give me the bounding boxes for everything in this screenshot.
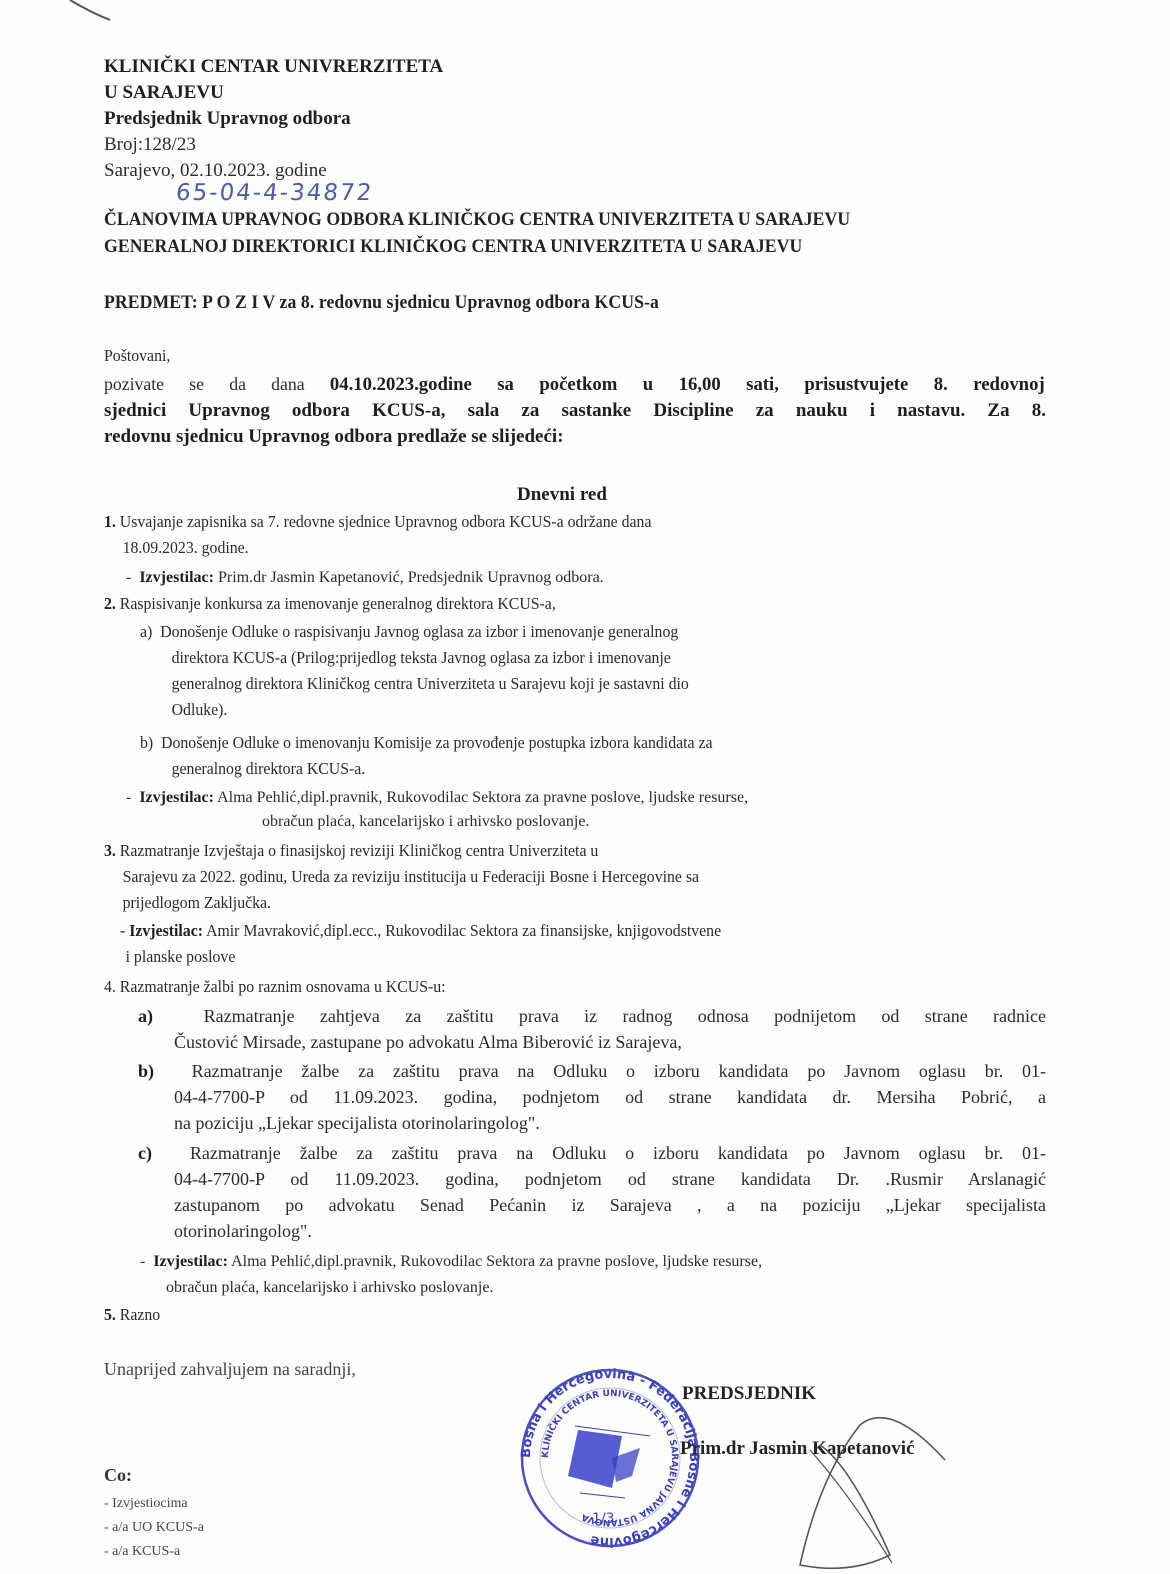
signature-title: PREDSJEDNIK <box>682 1383 816 1405</box>
invitation-lead: pozivate se da dana <box>104 374 330 394</box>
cc-item: - Izvjestiocima <box>104 1492 204 1516</box>
agenda-item-4a: a) Razmatranje zahtjeva za zaštitu prava… <box>138 1003 1046 1055</box>
agenda-item-2a: a) Donošenje Odluke o raspisivanju Javno… <box>140 619 689 723</box>
agenda-item-text: Usvajanje zapisnika sa 7. redovne sjedni… <box>120 512 652 531</box>
sub-item-letter: b) <box>138 1061 154 1081</box>
invitation-line-3: redovnu sjednicu Upravnog odbora predlaž… <box>104 424 1046 450</box>
sub-item-text: zastupanom po advokatu Senad Pećanin iz … <box>138 1192 1046 1218</box>
pen-mark <box>0 0 120 25</box>
reporter-label: Izvjestilac: <box>139 569 214 586</box>
agenda-item-number: 4. <box>104 977 116 996</box>
reporter-text: Prim.dr Jasmin Kapetanović, Predsjednik … <box>218 569 604 586</box>
agenda-item-3: 3. Razmatranje Izvještaja o finasijskoj … <box>104 838 699 916</box>
cc-item: - a/a KCUS-a <box>104 1540 204 1564</box>
cc-label: Co: <box>104 1465 132 1486</box>
sub-item-text: Čustović Mirsade, zastupane po advokatu … <box>138 1029 1046 1055</box>
cc-item: - a/a UO KCUS-a <box>104 1516 204 1540</box>
sub-item-text: generalnog direktora Kliničkog centra Un… <box>140 671 689 697</box>
sub-item-text: Razmatranje žalbe za zaštitu prava na Od… <box>190 1143 1046 1163</box>
agenda-item-1-reporter: - Izvjestilac: Prim.dr Jasmin Kapetanovi… <box>126 565 604 591</box>
org-name-line1: KLINIČKI CENTAR UNIVRERZITETA <box>104 54 443 80</box>
reporter-text: obračun plaća, kancelarijsko i arhivsko … <box>126 810 748 834</box>
document-page: KLINIČKI CENTAR UNIVRERZITETA U SARAJEVU… <box>0 0 1170 1574</box>
sub-item-letter: c) <box>138 1143 152 1163</box>
reporter-text: obračun plaća, kancelarijsko i arhivsko … <box>140 1275 762 1301</box>
subject-line: PREDMET: P O Z I V za 8. redovnu sjednic… <box>104 292 659 314</box>
sub-item-text: Donošenje Odluke o raspisivanju Javnog o… <box>160 622 678 641</box>
reporter-text: i planske poslove <box>120 944 721 970</box>
handwritten-registration-number: 65-04-4-34872 <box>175 180 375 206</box>
agenda-item-number: 1. <box>104 512 116 531</box>
agenda-item-text: Razmatranje Izvještaja o finasijskoj rev… <box>120 841 599 860</box>
invitation-date-time: 04.10.2023.godine sa početkom u 16,00 sa… <box>330 374 1045 395</box>
agenda-item-4b: b) Razmatranje žalbe za zaštitu prava na… <box>138 1058 1046 1136</box>
svg-text:1/3: 1/3 <box>592 1511 615 1527</box>
agenda-item-4-reporter: - Izvjestilac: Alma Pehlić,dipl.pravnik,… <box>140 1249 762 1301</box>
agenda-item-1: 1. Usvajanje zapisnika sa 7. redovne sje… <box>104 509 651 561</box>
agenda-item-2-reporter: - Izvjestilac: Alma Pehlić,dipl.pravnik,… <box>126 786 748 834</box>
agenda-item-text: Sarajevu za 2022. godinu, Ureda za reviz… <box>104 864 699 890</box>
reporter-label: Izvjestilac: <box>129 921 203 940</box>
reporter-text: Alma Pehlić,dipl.pravnik, Rukovodilac Se… <box>231 1253 762 1270</box>
agenda-item-text: prijedlogom Zaključka. <box>104 890 699 916</box>
sub-item-text: otorinolaringolog". <box>138 1218 1046 1244</box>
agenda-item-text: 18.09.2023. godine. <box>104 535 651 561</box>
invitation-line-2: sjednici Upravnog odbora KCUS-a, sala za… <box>104 398 1046 424</box>
agenda-item-5: 5. Razno <box>104 1302 160 1328</box>
recipient-line-1: ČLANOVIMA UPRAVNOG ODBORA KLINIČKOG CENT… <box>104 209 850 231</box>
sub-item-text: Razmatranje žalbe za zaštitu prava na Od… <box>192 1061 1046 1081</box>
agenda-item-text: Raspisivanje konkursa za imenovanje gene… <box>120 594 556 613</box>
sub-item-letter: a) <box>138 1006 153 1026</box>
reporter-label: Izvjestilac: <box>153 1253 228 1270</box>
handwritten-signature <box>780 1405 960 1574</box>
sub-item-text: direktora KCUS-a (Prilog:prijedlog tekst… <box>140 645 689 671</box>
agenda-item-number: 3. <box>104 841 116 860</box>
sub-item-letter: b) <box>140 733 153 752</box>
agenda-title: Dnevni red <box>517 482 607 508</box>
reporter-text: Amir Mavraković,dipl.ecc., Rukovodilac S… <box>206 921 721 940</box>
org-name-line3: Predsjednik Upravnog odbora <box>104 106 443 132</box>
reporter-text: Alma Pehlić,dipl.pravnik, Rukovodilac Se… <box>217 789 748 806</box>
reporter-label: Izvjestilac: <box>139 789 214 806</box>
agenda-item-3-reporter: - Izvjestilac: Amir Mavraković,dipl.ecc.… <box>120 918 721 970</box>
greeting: Poštovani, <box>104 343 170 369</box>
sub-item-text: na poziciju „Ljekar specijalista otorino… <box>138 1110 1046 1136</box>
sub-item-text: Razmatranje zahtjeva za zaštitu prava iz… <box>204 1006 1046 1026</box>
closing-line: Unaprijed zahvaljujem na saradnji, <box>104 1356 356 1382</box>
recipient-line-2: GENERALNOJ DIREKTORICI KLINIČKOG CENTRA … <box>104 236 802 258</box>
agenda-item-text: Razmatranje žalbi po raznim osnovama u K… <box>120 977 446 996</box>
sub-item-text: generalnog direktora KCUS-a. <box>140 756 713 782</box>
sub-item-text: Odluke). <box>140 697 689 723</box>
cc-list: - Izvjestiocima - a/a UO KCUS-a - a/a KC… <box>104 1492 204 1564</box>
agenda-item-number: 5. <box>104 1305 116 1324</box>
org-name-line2: U SARAJEVU <box>104 80 443 106</box>
invitation-paragraph: pozivate se da dana 04.10.2023.godine sa… <box>104 371 1046 450</box>
document-number: Broj:128/23 <box>104 132 443 158</box>
sub-item-letter: a) <box>140 622 152 641</box>
agenda-item-2b: b) Donošenje Odluke o imenovanju Komisij… <box>140 730 713 782</box>
agenda-item-4c: c) Razmatranje žalbe za zaštitu prava na… <box>138 1140 1046 1244</box>
agenda-item-4: 4. Razmatranje žalbi po raznim osnovama … <box>104 974 446 1000</box>
agenda-item-number: 2. <box>104 594 116 613</box>
letterhead: KLINIČKI CENTAR UNIVRERZITETA U SARAJEVU… <box>104 54 443 184</box>
agenda-item-text: Razno <box>120 1305 160 1324</box>
official-stamp: Bosna i Hercegovina - Federacija Bosne i… <box>520 1358 700 1568</box>
sub-item-text: Donošenje Odluke o imenovanju Komisije z… <box>161 733 712 752</box>
agenda-item-2: 2. Raspisivanje konkursa za imenovanje g… <box>104 591 556 617</box>
sub-item-text: 04-4-7700-P od 11.09.2023. godina, podnj… <box>138 1166 1046 1192</box>
sub-item-text: 04-4-7700-P od 11.09.2023. godina, podnj… <box>138 1084 1046 1110</box>
